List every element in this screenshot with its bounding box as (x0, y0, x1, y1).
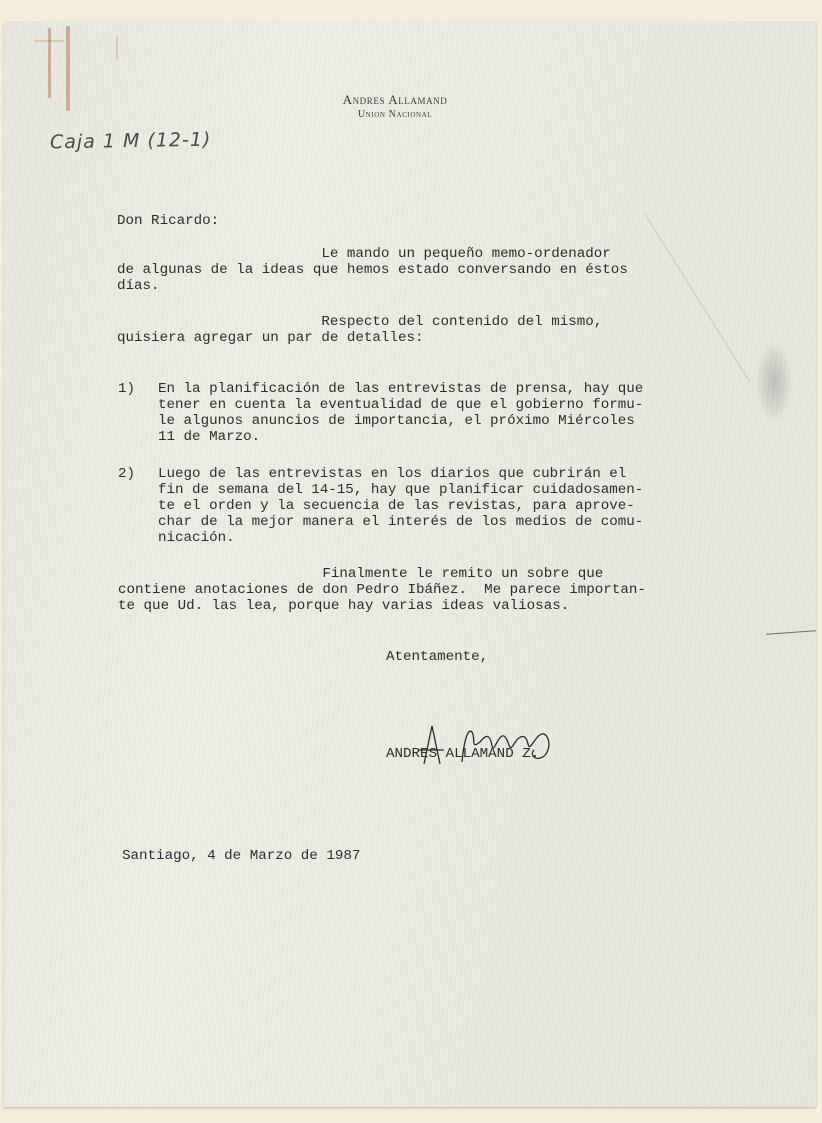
list-item-number: 2) (118, 467, 135, 483)
rust-stain (48, 28, 51, 98)
list-item-2-line-3: te el orden y la secuencia de las revist… (158, 499, 635, 515)
paragraph-2-line-2: quisiera agregar un par de detalles: (117, 331, 424, 347)
paragraph-1-line-2: de algunas de la ideas que hemos estado … (117, 263, 628, 279)
letter-page (4, 22, 816, 1107)
list-item-1-line-3: le algunos anuncios de importancia, el p… (158, 414, 635, 430)
archive-handwritten-note: Caja 1 M (12-1) (50, 129, 212, 154)
paragraph-3-line-2: contiene anotaciones de don Pedro Ibáñez… (118, 583, 646, 599)
list-item-1-line-4: 11 de Marzo. (158, 430, 260, 446)
paragraph-2-line-1: Respecto del contenido del mismo, (117, 315, 602, 331)
paper-speckle (756, 342, 792, 422)
letterhead-organization: Union Nacional (300, 108, 490, 122)
list-item-number: 1) (118, 382, 135, 398)
paragraph-3-line-3: te que Ud. las lea, porque hay varias id… (118, 599, 569, 615)
list-item-2-line-1: Luego de las entrevistas en los diarios … (158, 467, 626, 483)
letterhead-name: Andres Allamand (300, 92, 490, 108)
list-item-2-line-5: nicación. (158, 531, 235, 547)
salutation: Don Ricardo: (117, 214, 219, 230)
letterhead: Andres Allamand Union Nacional (300, 92, 490, 122)
paper-crease (644, 212, 751, 382)
paragraph-1-line-1: Le mando un pequeño memo-ordenador (117, 247, 611, 263)
rust-stain (66, 26, 70, 111)
paragraph-1-line-3: días. (117, 279, 160, 295)
list-item-2-line-2: fin de semana del 14-15, hay que planifi… (158, 483, 643, 499)
list-item-2-line-4: char de la mejor manera el interés de lo… (158, 515, 643, 531)
signatory-name: ANDRES ALLAMAND Z. (386, 747, 539, 763)
list-item-1-line-1: En la planificación de las entrevistas d… (158, 382, 643, 398)
rust-stain (34, 40, 64, 42)
paragraph-3-line-1: Finalmente le remito un sobre que (118, 567, 603, 583)
list-item-1-line-2: tener en cuenta la eventualidad de que e… (158, 398, 643, 414)
signature-icon (410, 720, 580, 770)
closing: Atentamente, (386, 650, 488, 666)
place-and-date: Santiago, 4 de Marzo de 1987 (122, 849, 360, 865)
rust-stain (116, 36, 118, 60)
